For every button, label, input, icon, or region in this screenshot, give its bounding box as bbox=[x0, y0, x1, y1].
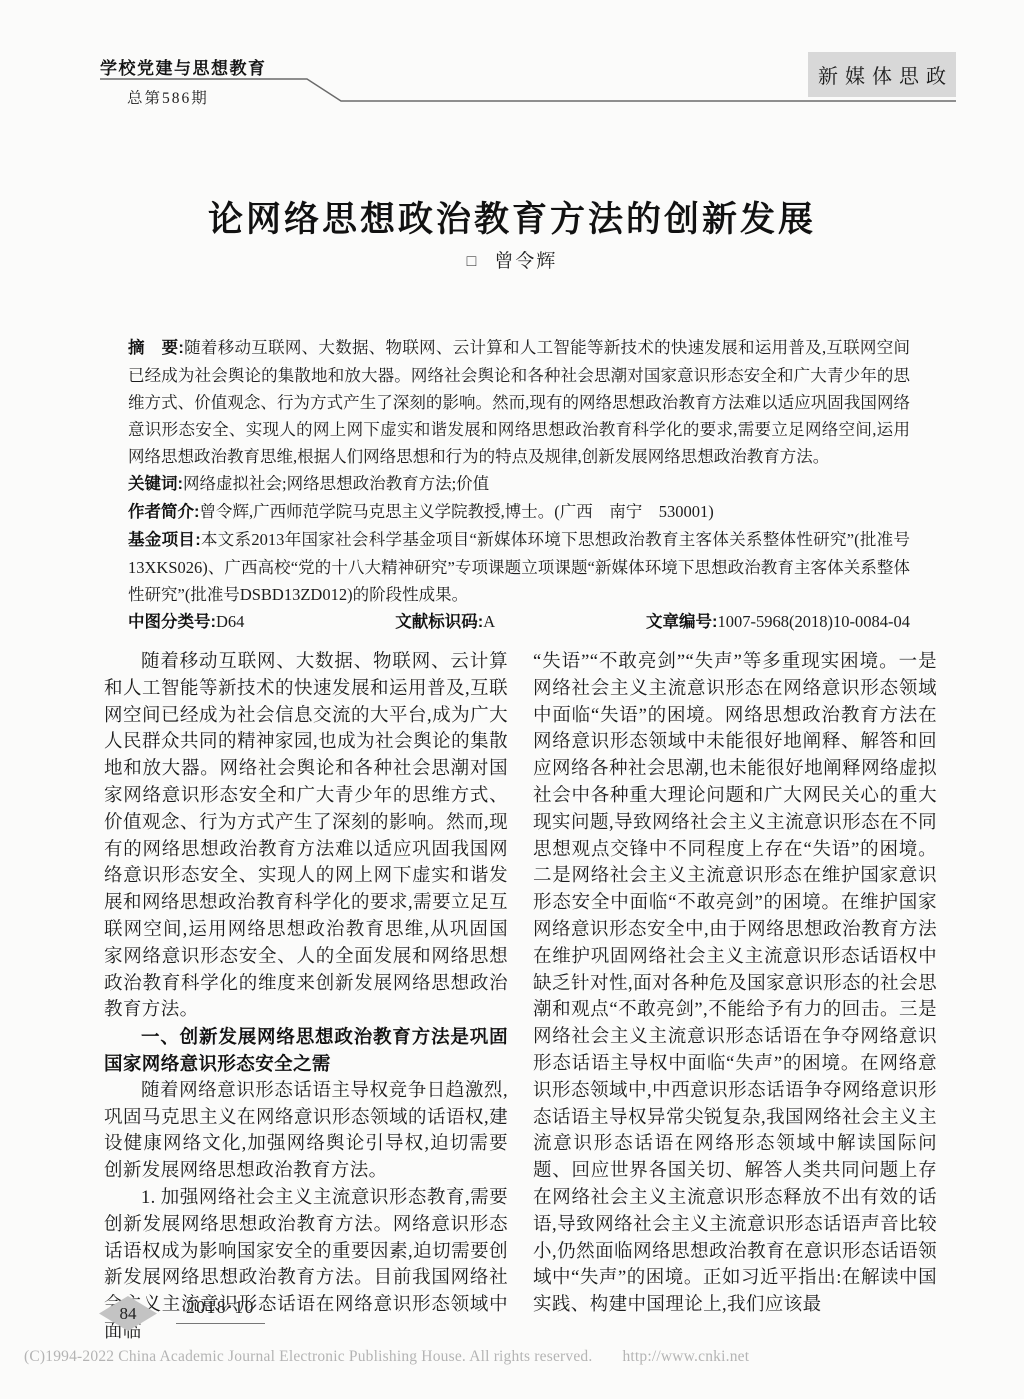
doc-code-value: A bbox=[483, 612, 495, 631]
body-column-right: “失语”“不敢亮剑”“失声”等多重现实困境。一是网络社会主义主流意识形态在网络意… bbox=[533, 649, 937, 1319]
clc-group: 中图分类号:D64 bbox=[128, 608, 244, 636]
abstract-paragraph: 摘 要:随着移动互联网、大数据、物联网、云计算和人工智能等新技术的快速发展和运用… bbox=[128, 334, 910, 470]
fund-text: 本文系2013年国家社会科学基金项目“新媒体环境下思想政治教育主客体关系整体性研… bbox=[128, 530, 910, 604]
author-bio-label: 作者简介: bbox=[128, 503, 200, 521]
body-paragraph: 随着移动互联网、大数据、物联网、云计算和人工智能等新技术的快速发展和运用普及,互… bbox=[104, 649, 508, 1024]
fund-paragraph: 基金项目:本文系2013年国家社会科学基金项目“新媒体环境下思想政治教育主客体关… bbox=[128, 526, 910, 608]
doc-code-group: 文献标识码:A bbox=[395, 608, 495, 636]
abstract-label: 摘 要: bbox=[128, 339, 184, 357]
meta-block: 摘 要:随着移动互联网、大数据、物联网、云计算和人工智能等新技术的快速发展和运用… bbox=[128, 334, 910, 636]
footer-issue-date: 2018·10 bbox=[176, 1297, 265, 1324]
author-marker-icon: □ bbox=[467, 253, 479, 270]
body-paragraph: “失语”“不敢亮剑”“失声”等多重现实困境。一是网络社会主义主流意识形态在网络意… bbox=[533, 649, 937, 1319]
article-id-value: 1007-5968(2018)10-0084-04 bbox=[718, 612, 910, 631]
author-line: □曾令辉 bbox=[0, 246, 1024, 273]
keywords-label: 关键词: bbox=[128, 475, 183, 493]
journal-name: 学校党建与思想教育 bbox=[100, 54, 267, 79]
clc-label: 中图分类号: bbox=[128, 613, 216, 631]
journal-issue-number: 总第586期 bbox=[127, 86, 209, 108]
clc-value: D64 bbox=[216, 612, 244, 631]
page-number: 84 bbox=[99, 1296, 157, 1331]
abstract-text: 随着移动互联网、大数据、物联网、云计算和人工智能等新技术的快速发展和运用普及,互… bbox=[128, 338, 910, 466]
section-heading-1: 一、创新发展网络思想政治教育方法是巩固国家网络意识形态安全之需 bbox=[104, 1024, 508, 1078]
cnki-url: http://www.cnki.net bbox=[622, 1348, 749, 1365]
column-badge: 新媒体思政 bbox=[808, 52, 956, 97]
body-paragraph: 随着网络意识形态话语主导权竞争日趋激烈,巩固马克思主义在网络意识形态领域的话语权… bbox=[104, 1078, 508, 1185]
body-column-left: 随着移动互联网、大数据、物联网、云计算和人工智能等新技术的快速发展和运用普及,互… bbox=[104, 649, 508, 1346]
article-id-label: 文章编号: bbox=[646, 613, 718, 631]
author-bio-paragraph: 作者简介:曾令辉,广西师范学院马克思主义学院教授,博士。(广西 南宁 53000… bbox=[128, 498, 910, 526]
article-id-group: 文章编号:1007-5968(2018)10-0084-04 bbox=[646, 608, 910, 636]
copyright-text: (C)1994-2022 China Academic Journal Elec… bbox=[24, 1348, 592, 1365]
author-bio-text: 曾令辉,广西师范学院马克思主义学院教授,博士。(广西 南宁 530001) bbox=[200, 502, 714, 521]
keywords-paragraph: 关键词:网络虚拟社会;网络思想政治教育方法;价值 bbox=[128, 470, 910, 498]
body-paragraph: 1. 加强网络社会主义主流意识形态教育,需要创新发展网络思想政治教育方法。网络意… bbox=[104, 1185, 508, 1346]
classification-row: 中图分类号:D64 文献标识码:A 文章编号:1007-5968(2018)10… bbox=[128, 608, 910, 636]
copyright-line: (C)1994-2022 China Academic Journal Elec… bbox=[24, 1348, 1014, 1366]
author-name: 曾令辉 bbox=[494, 251, 557, 272]
fund-label: 基金项目: bbox=[128, 531, 201, 549]
doc-code-label: 文献标识码: bbox=[395, 613, 483, 631]
article-title: 论网络思想政治教育方法的创新发展 bbox=[0, 192, 1024, 242]
keywords-text: 网络虚拟社会;网络思想政治教育方法;价值 bbox=[183, 474, 489, 493]
